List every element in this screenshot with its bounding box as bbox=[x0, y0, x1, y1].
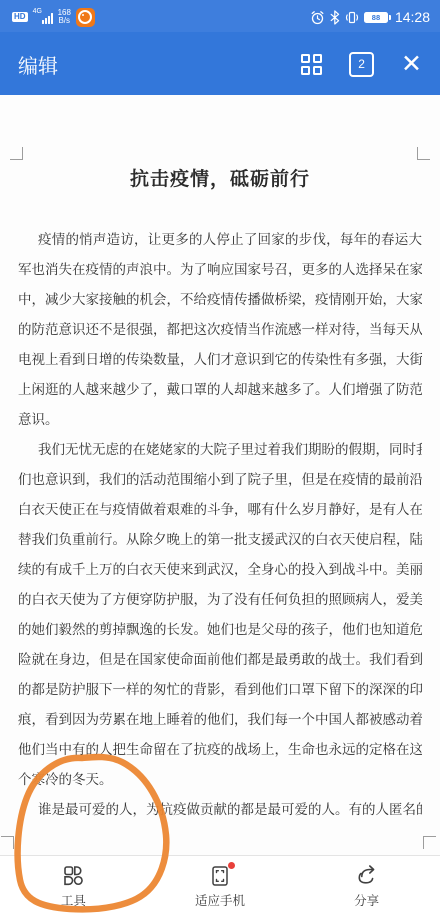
thumbnail-grid-icon[interactable] bbox=[301, 54, 322, 75]
alarm-clock-icon bbox=[310, 10, 325, 25]
page-count-value: 2 bbox=[358, 57, 365, 71]
status-right: 88 14:28 bbox=[310, 9, 430, 25]
document-page[interactable]: 抗击疫情，砥砺前行 疫情的悄声造访，让更多的人停止了回家的步伐，每年的春运大军也… bbox=[0, 95, 440, 855]
header-actions: 2 ✕ bbox=[301, 52, 422, 77]
toolbar-item-fit-phone[interactable]: 适应手机 bbox=[147, 856, 294, 914]
document-title: 抗击疫情，砥砺前行 bbox=[18, 165, 422, 195]
toolbar-label: 工具 bbox=[61, 891, 86, 909]
document-line: 军也消失在疫情的声浪中。为了响应国家号召，更多的人选择呆在家 bbox=[18, 255, 422, 285]
document-line: 的她们毅然的剪掉飘逸的长发。她们也是父母的孩子，他们也知道危 bbox=[18, 615, 422, 645]
document-line: 险就在身边，但是在国家使命面前他们都是最勇敢的战士。我们看到 bbox=[18, 645, 422, 675]
signal-bars-icon bbox=[42, 13, 53, 24]
bluetooth-icon bbox=[330, 10, 340, 25]
clock-time: 14:28 bbox=[395, 9, 430, 25]
document-body: 疫情的悄声造访，让更多的人停止了回家的步伐，每年的春运大军也消失在疫情的声浪中。… bbox=[18, 225, 422, 825]
document-line: 个寒冷的冬天。 bbox=[18, 765, 422, 795]
hd-volte-icon: HD bbox=[12, 12, 28, 22]
status-bar: HD 4G 168 B/s bbox=[0, 0, 440, 32]
document-line: 痕，看到因为劳累在地上睡着的他们，我们每一个中国人都被感动着。 bbox=[18, 705, 422, 735]
document-line: 的防范意识还不是很强，都把这次疫情当作流感一样对待，当每天从 bbox=[18, 315, 422, 345]
edit-mode-button[interactable]: 编辑 bbox=[18, 50, 58, 79]
speed-unit: B/s bbox=[58, 17, 71, 25]
document-line: 谁是最可爱的人，为抗疫做贡献的都是最可爱的人。有的人匿名的 bbox=[18, 795, 422, 825]
notification-dot bbox=[228, 862, 235, 869]
network-speed: 168 B/s bbox=[58, 9, 71, 25]
page-margin-mark bbox=[417, 147, 430, 160]
document-line: 续的有成千上万的白衣天使来到武汉，全身心的投入到战斗中。美丽 bbox=[18, 555, 422, 585]
toolbar-label: 适应手机 bbox=[195, 891, 245, 909]
page-count-button[interactable]: 2 bbox=[349, 52, 374, 77]
document-line: 意识。 bbox=[18, 405, 422, 435]
tools-grid-icon bbox=[61, 864, 85, 888]
document-line: 替我们负重前行。从除夕晚上的第一批支援武汉的白衣天使启程，陆 bbox=[18, 525, 422, 555]
document-content: 抗击疫情，砥砺前行 疫情的悄声造访，让更多的人停止了回家的步伐，每年的春运大军也… bbox=[0, 95, 440, 825]
page-margin-mark bbox=[10, 147, 23, 160]
document-line: 中，减少大家接触的机会，不给疫情传播做桥梁，疫情刚开始，大家 bbox=[18, 285, 422, 315]
network-type-label: 4G bbox=[33, 8, 42, 15]
share-icon bbox=[355, 864, 379, 888]
page-margin-mark bbox=[1, 836, 14, 849]
page-margin-mark bbox=[423, 836, 436, 849]
vibrate-mode-icon bbox=[345, 10, 359, 25]
close-icon[interactable]: ✕ bbox=[401, 52, 422, 76]
battery-icon: 88 bbox=[364, 12, 388, 23]
top-bar: HD 4G 168 B/s bbox=[0, 0, 440, 95]
document-line: 的都是防护服下一样的匆忙的背影，看到他们口罩下留下的深深的印 bbox=[18, 675, 422, 705]
toolbar-item-tools[interactable]: 工具 bbox=[0, 856, 147, 914]
document-line: 电视上看到日增的传染数量，人们才意识到它的传染性有多强，大街 bbox=[18, 345, 422, 375]
toolbar-item-share[interactable]: 分享 bbox=[293, 856, 440, 914]
battery-percent: 88 bbox=[372, 14, 380, 21]
fit-phone-icon bbox=[208, 864, 232, 888]
document-line: 他们当中有的人把生命留在了抗疫的战场上，生命也永远的定格在这 bbox=[18, 735, 422, 765]
status-left: HD 4G 168 B/s bbox=[12, 8, 95, 27]
document-line: 白衣天使正在与疫情做着艰难的斗争，哪有什么岁月静好，是有人在 bbox=[18, 495, 422, 525]
document-line: 我们无忧无虑的在姥姥家的大院子里过着我们期盼的假期，同时我 bbox=[18, 435, 422, 465]
cellular-signal-icon: 4G bbox=[33, 9, 53, 25]
app-header: 编辑 2 ✕ bbox=[0, 32, 440, 97]
notification-app-icon bbox=[76, 8, 95, 27]
document-line: 的白衣天使为了方便穿防护服，为了没有任何负担的照顾病人，爱美 bbox=[18, 585, 422, 615]
document-line: 们也意识到，我们的活动范围缩小到了院子里，但是在疫情的最前沿， bbox=[18, 465, 422, 495]
document-line: 疫情的悄声造访，让更多的人停止了回家的步伐，每年的春运大 bbox=[18, 225, 422, 255]
toolbar-label: 分享 bbox=[354, 891, 379, 909]
document-line: 上闲逛的人越来越少了，戴口罩的人却越来越多了。人们增强了防范 bbox=[18, 375, 422, 405]
app-screen: HD 4G 168 B/s bbox=[0, 0, 440, 914]
bottom-toolbar: 工具 适应手机 分享 bbox=[0, 855, 440, 914]
